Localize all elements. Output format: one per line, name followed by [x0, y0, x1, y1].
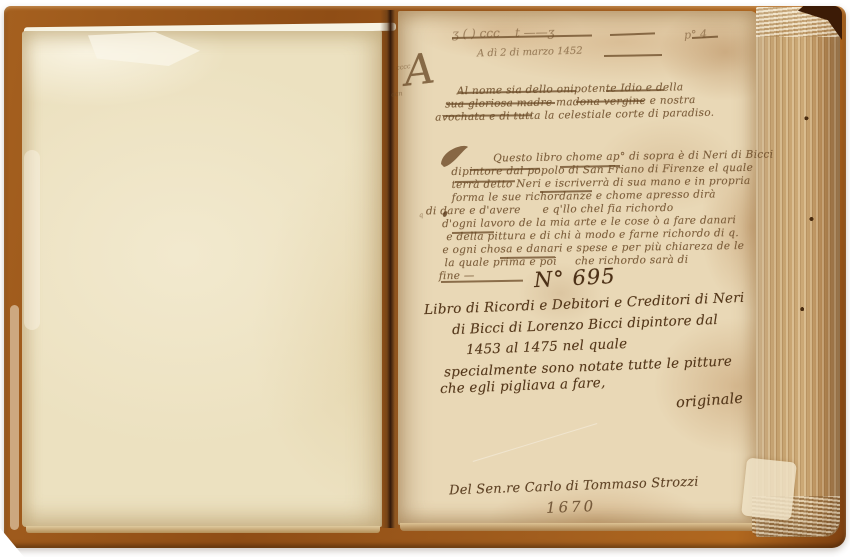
page-edge-strip [26, 526, 380, 533]
left-page [22, 31, 382, 527]
margin-mark: q [418, 211, 423, 220]
repair-patch [741, 458, 797, 521]
margin-mark: ccn [390, 89, 402, 99]
folio-mark: p° 4 [684, 27, 708, 41]
ownership-year: 1670 [546, 497, 597, 517]
fore-edge-page-stack [756, 7, 840, 537]
page-edge-strip [400, 523, 756, 531]
inventory-number: N° 695 [533, 264, 616, 292]
gutter-shadow [380, 10, 400, 528]
leather-edge-wear [10, 305, 19, 530]
manuscript-photo: ʒ ( ) ccc t ——ʒ p° 4 A dì 2 di marzo 145… [0, 0, 850, 557]
left-page-patch [24, 150, 40, 330]
